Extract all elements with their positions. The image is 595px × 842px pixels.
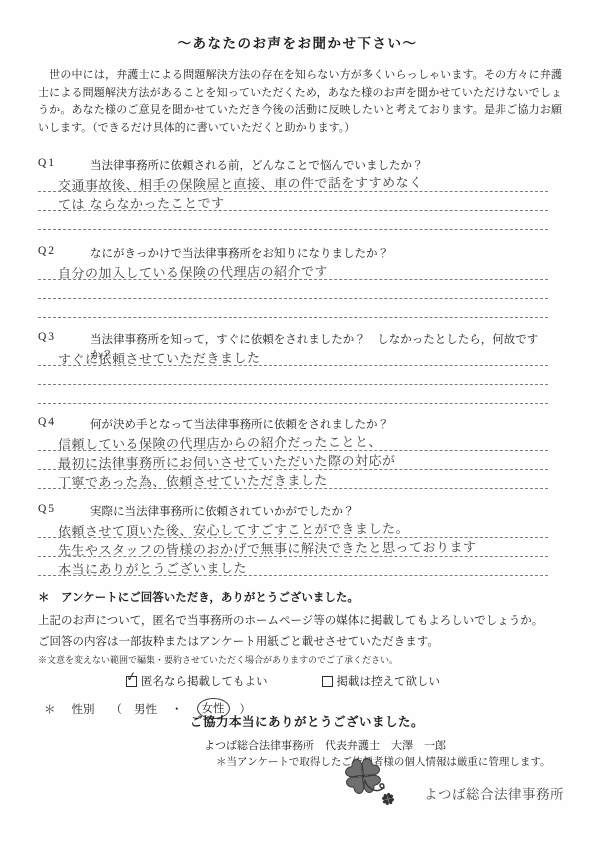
handwritten-answer: 丁寧であった為、依頼させていただきました <box>58 470 328 491</box>
footer-thanks: ご協力本当にありがとうございました。 <box>190 712 424 730</box>
answer-line <box>38 366 548 385</box>
question-text: なにがきっかけで当法律事務所をお知りになりましたか？ <box>90 245 389 261</box>
option-label: 掲載は控えて欲しい <box>337 673 441 689</box>
four-leaf-clover-icon <box>344 755 410 818</box>
answer-line <box>38 211 548 230</box>
publish-question: 上記のお声について，匿名で当事務所のホームページ等の媒体に掲載してもよろしいでし… <box>38 612 562 628</box>
question-heading: Q2 なにがきっかけで当法律事務所をお知りになりましたか？ <box>38 245 548 261</box>
answer-line: 交通事故後、相手の保険屋と直接、車の件で話をすすめなく <box>38 173 548 192</box>
survey-page: 〜あなたのお声をお聞かせ下さい〜 世の中には，弁護士による問題解決方法の存在を知… <box>0 0 595 842</box>
answer-line: 依頼させて頂いた後、安心してすごすことができました。 <box>38 519 548 538</box>
question-text: 何が決め手となって当法律事務所に依頼をされましたか？ <box>90 416 389 432</box>
question-block-q5: Q5 実際に当法律事務所に依頼されていかがでしたか？ 依頼させて頂いた後、安心し… <box>38 503 548 576</box>
question-heading: Q3 当法律事務所を知って，すぐに依頼をされましたか？ しなかったとしたら，何故… <box>38 331 548 347</box>
handwritten-answer: 本当にありがとうございました <box>58 557 247 578</box>
firm-brand-name: よつば総合法律事務所 <box>424 783 564 803</box>
question-text: 当法律事務所に依頼される前，どんなことで悩んでいましたか？ <box>90 157 424 173</box>
question-number: Q2 <box>38 245 90 261</box>
question-number: Q4 <box>38 416 90 432</box>
answer-line <box>38 299 548 318</box>
question-block-q2: Q2 なにがきっかけで当法律事務所をお知りになりましたか？ 自分の加入している保… <box>38 245 548 318</box>
option-no-publish: 掲載は控えて欲しい <box>322 673 441 689</box>
question-number: Q5 <box>38 503 90 519</box>
handwritten-answer: 交通事故後、相手の保険屋と直接、車の件で話をすすめなく <box>58 172 423 194</box>
answer-line: 丁寧であった為、依頼させていただきました <box>38 470 548 489</box>
publish-consent-options: 匿名なら掲載してもよい 掲載は控えて欲しい <box>126 673 562 689</box>
answer-line: 自分の加入している保険の代理店の紹介です <box>38 261 548 280</box>
question-block-q4: Q4 何が決め手となって当法律事務所に依頼をされましたか？ 信頼している保険の代… <box>38 416 548 489</box>
gender-label: 性別 <box>72 701 95 717</box>
question-text: 実際に当法律事務所に依頼されていかがでしたか？ <box>90 503 355 519</box>
option-anonymous-ok: 匿名なら掲載してもよい <box>126 673 268 689</box>
answer-line: すぐに依頼させていただきました <box>38 347 548 366</box>
intro-paragraph: 世の中には，弁護士による問題解決方法の存在を知らない方が多くいらっしゃいます。そ… <box>38 67 562 137</box>
handwritten-answer: すぐに依頼させていただきました <box>58 347 261 368</box>
question-number: Q3 <box>38 331 90 347</box>
question-block-q3: Q3 当法律事務所を知って，すぐに依頼をされましたか？ しなかったとしたら，何故… <box>38 331 548 404</box>
publish-detail: ご回答の内容は一部抜粋またはアンケート用紙ごと載せさせていただきます。 <box>38 633 562 649</box>
answer-line: 本当にありがとうございました <box>38 557 548 576</box>
answer-line <box>38 280 548 299</box>
answer-line <box>38 385 548 404</box>
gender-marker: ＊ <box>44 701 56 717</box>
page-title: 〜あなたのお声をお聞かせ下さい〜 <box>0 32 595 52</box>
gender-separator: ・ <box>171 701 183 717</box>
answer-line: 先生やスタッフの皆様のおかげで無事に解決できたと思っております <box>38 538 548 557</box>
gender-paren-open: （ <box>111 701 123 717</box>
consent-section: ＊ アンケートにご回答いただき，ありがとうございました。 上記のお声について，匿… <box>38 589 562 719</box>
handwritten-answer: 先生やスタッフの皆様のおかげで無事に解決できたと思っております <box>58 536 477 559</box>
checkbox-empty-icon <box>322 676 333 687</box>
survey-thanks-note: ＊ アンケートにご回答いただき，ありがとうございました。 <box>38 589 562 605</box>
answer-line: 信頼している保険の代理店からの紹介だったことと、 <box>38 432 548 451</box>
question-number: Q1 <box>38 157 90 173</box>
answer-line: 最初に法律事務所にお伺いさせていただいた際の対応が <box>38 451 548 470</box>
handwritten-answer: 自分の加入している保険の代理店の紹介です <box>58 261 328 282</box>
question-heading: Q1 当法律事務所に依頼される前，どんなことで悩んでいましたか？ <box>38 157 548 173</box>
option-label: 匿名なら掲載してもよい <box>141 673 268 689</box>
question-text: 当法律事務所を知って，すぐに依頼をされましたか？ しなかったとしたら，何故ですか… <box>90 331 548 347</box>
handwritten-answer: ては ならなかったことです <box>58 193 225 213</box>
question-heading: Q5 実際に当法律事務所に依頼されていかがでしたか？ <box>38 503 548 519</box>
firm-representative-line: よつば総合法律事務所 代表弁護士 大澤 一郎 <box>204 737 446 753</box>
handwritten-answer: 最初に法律事務所にお伺いさせていただいた際の対応が <box>58 450 396 472</box>
gender-option-male: 男性 <box>134 701 157 717</box>
edit-note: ※文意を変えない範囲で編集・要約させていただく場合がありますのでご了承ください。 <box>38 653 562 666</box>
checkbox-checked-icon <box>126 676 137 687</box>
question-heading: Q4 何が決め手となって当法律事務所に依頼をされましたか？ <box>38 416 548 432</box>
question-block-q1: Q1 当法律事務所に依頼される前，どんなことで悩んでいましたか？ 交通事故後、相… <box>38 157 548 230</box>
answer-line: ては ならなかったことです <box>38 192 548 211</box>
